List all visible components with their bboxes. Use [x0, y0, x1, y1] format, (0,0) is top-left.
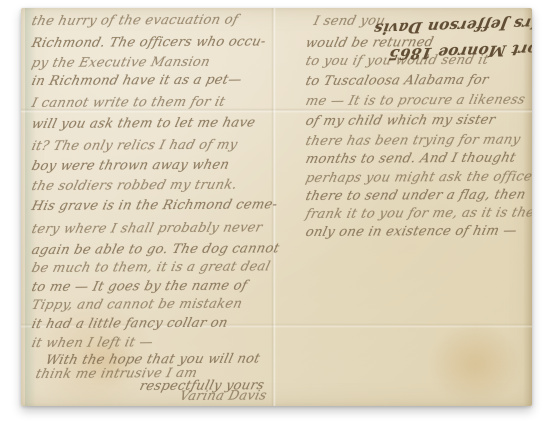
letter-page-left: the hurry of the evacuation ofRichmond. …: [30, 8, 276, 406]
letter-paper: the hurry of the evacuation ofRichmond. …: [21, 8, 532, 406]
handwriting-line: it? The only relics I had of my: [30, 138, 239, 154]
handwriting-line: there to send under a flag, then: [304, 187, 527, 204]
handwriting-line: I cannot write to them for it: [30, 95, 227, 111]
handwriting-line: of my child which my sister: [304, 113, 497, 129]
handwriting-line: to me — It goes by the name of: [30, 279, 249, 295]
photo-background: the hurry of the evacuation ofRichmond. …: [0, 0, 550, 425]
handwriting-line: only one in existence of him —: [304, 224, 519, 240]
handwriting-line: frank it to you for me, as it is the: [304, 205, 532, 222]
handwriting-line: in Richmond have it as a pet—: [30, 73, 243, 89]
handwriting-line: the hurry of the evacuation of: [30, 13, 240, 29]
handwriting-line: to Tuscaloosa Alabama for: [304, 73, 490, 89]
handwriting-line: it had a little fancy collar on: [30, 316, 229, 332]
handwriting-line: tery where I shall probably never: [30, 220, 264, 237]
handwriting-line: it when I left it —: [30, 335, 155, 351]
handwriting-line: boy were thrown away when: [30, 158, 231, 174]
handwriting-line: Tippy, and cannot be mistaken: [30, 297, 244, 313]
handwriting-line: Richmond. The officers who occu-: [30, 34, 267, 51]
handwriting-line: again be able to go. The dog cannot: [30, 241, 281, 258]
handwriting-line: Varina Davis: [178, 388, 268, 404]
handwriting-line: py the Executive Mansion: [30, 55, 212, 71]
handwriting-line: will you ask them to let me have: [30, 115, 257, 132]
handwriting-line: there has been trying for many: [304, 133, 522, 149]
handwriting-line: the soldiers robbed my trunk.: [30, 178, 239, 194]
handwriting-line: perhaps you might ask the office: [304, 169, 532, 186]
handwriting-line: me — It is to procure a likeness: [304, 92, 527, 109]
handwriting-line: months to send. And I thought: [304, 151, 517, 167]
inverted-docket: Fort Monroe 1865 Mrs Jefferson Davis: [313, 10, 532, 66]
handwriting-line: be much to them, it is a great deal: [30, 259, 272, 276]
handwriting-line: His grave is in the Richmond ceme-: [30, 197, 279, 214]
